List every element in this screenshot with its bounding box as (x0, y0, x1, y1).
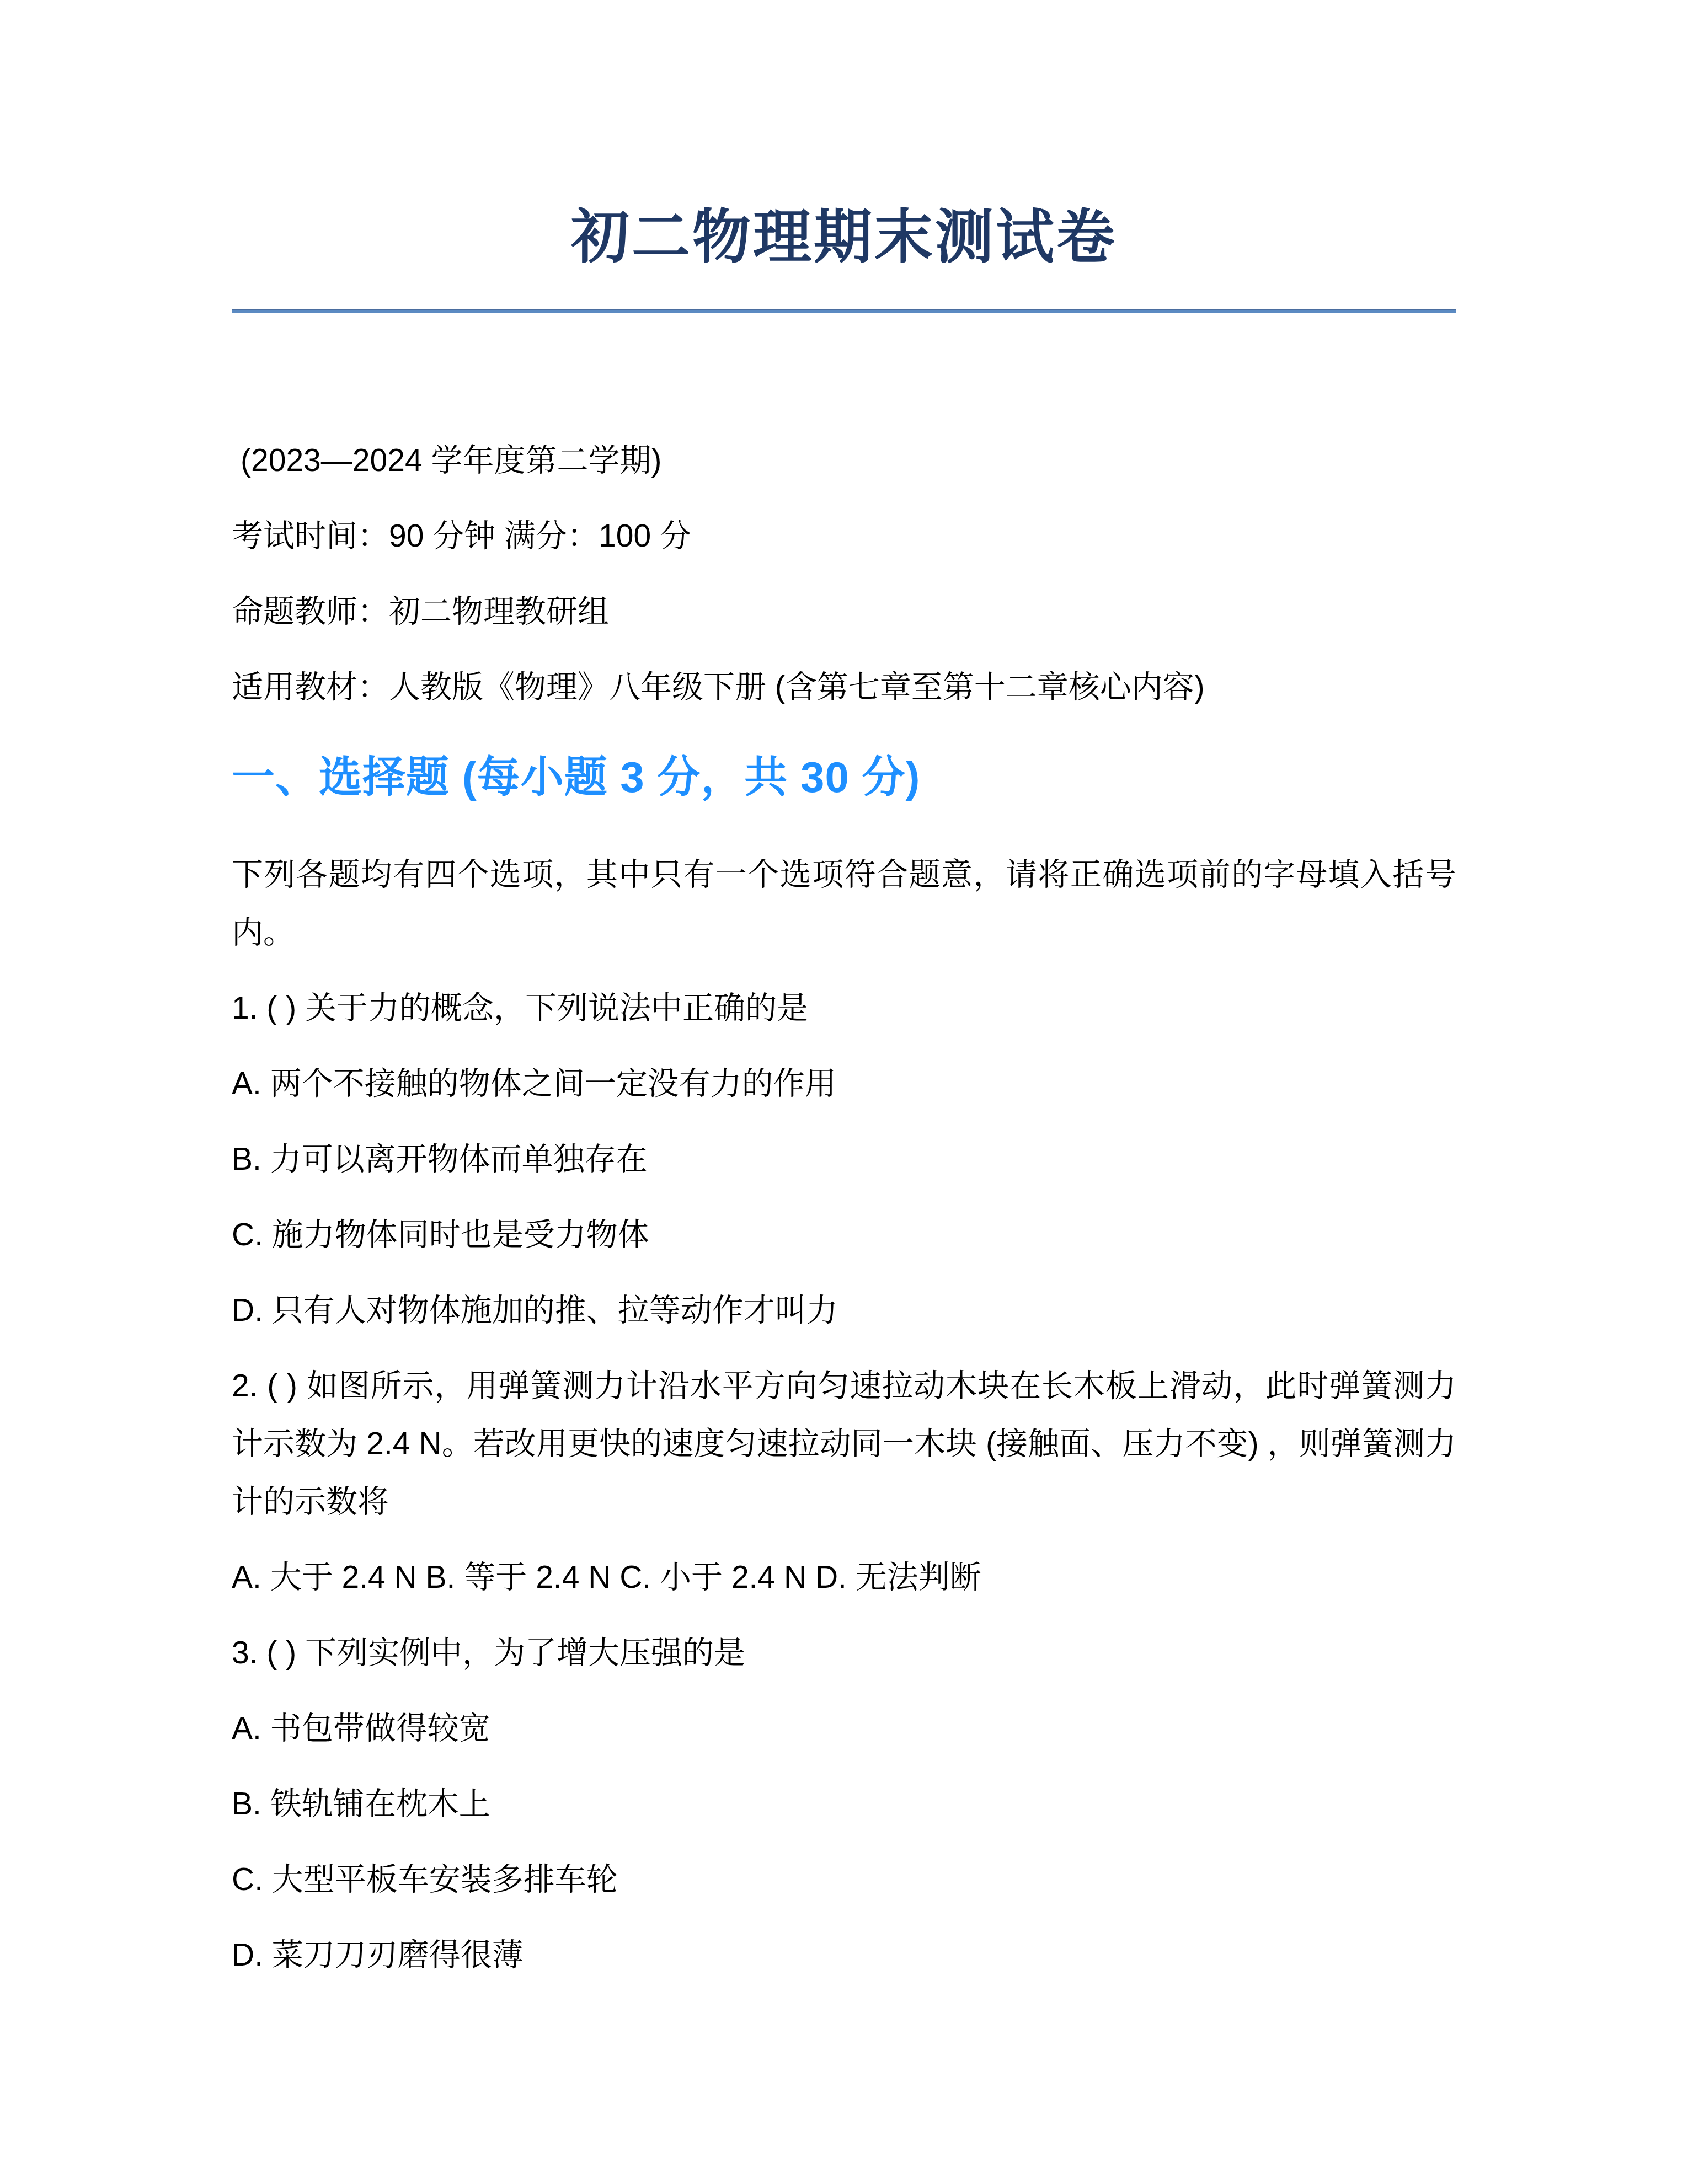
question-1-option-a: A. 两个不接触的物体之间一定没有力的作用 (232, 1055, 1456, 1113)
question-2: 2. ( ) 如图所示，用弹簧测力计沿水平方向匀速拉动木块在长木板上滑动，此时弹… (232, 1357, 1456, 1607)
document-page: 初二物理期末测试卷 (2023—2024 学年度第二学期) 考试时间：90 分钟… (0, 0, 1688, 2184)
semester-line: (2023—2024 学年度第二学期) (232, 432, 1456, 490)
question-2-stem: 2. ( ) 如图所示，用弹簧测力计沿水平方向匀速拉动木块在长木板上滑动，此时弹… (232, 1357, 1456, 1531)
question-1-option-d: D. 只有人对物体施加的推、拉等动作才叫力 (232, 1282, 1456, 1340)
question-3-option-c: C. 大型平板车安装多排车轮 (232, 1851, 1456, 1909)
question-3-option-b: B. 铁轨铺在枕木上 (232, 1775, 1456, 1833)
page-title: 初二物理期末测试卷 (232, 199, 1456, 276)
question-1: 1. ( ) 关于力的概念，下列说法中正确的是 A. 两个不接触的物体之间一定没… (232, 979, 1456, 1340)
question-3: 3. ( ) 下列实例中，为了增大压强的是 A. 书包带做得较宽 B. 铁轨铺在… (232, 1624, 1456, 1984)
textbook-line: 适用教材：人教版《物理》八年级下册 (含第七章至第十二章核心内容) (232, 659, 1456, 716)
document-header: 初二物理期末测试卷 (232, 199, 1456, 313)
question-3-option-d: D. 菜刀刀刃磨得很薄 (232, 1926, 1456, 1984)
multiple-choice-section: 一、选择题 (每小题 3 分，共 30 分) 下列各题均有四个选项，其中只有一个… (232, 744, 1456, 1984)
title-divider (232, 309, 1456, 313)
question-1-option-b: B. 力可以离开物体而单独存在 (232, 1131, 1456, 1189)
section-heading: 一、选择题 (每小题 3 分，共 30 分) (232, 744, 1456, 810)
exam-meta: (2023—2024 学年度第二学期) 考试时间：90 分钟 满分：100 分 … (232, 432, 1456, 716)
question-1-stem: 1. ( ) 关于力的概念，下列说法中正确的是 (232, 979, 1456, 1037)
section-instructions: 下列各题均有四个选项，其中只有一个选项符合题意，请将正确选项前的字母填入括号内。 (232, 846, 1456, 962)
question-2-options-line: A. 大于 2.4 N B. 等于 2.4 N C. 小于 2.4 N D. 无… (232, 1549, 1456, 1607)
exam-time-score-line: 考试时间：90 分钟 满分：100 分 (232, 507, 1456, 565)
question-1-option-c: C. 施力物体同时也是受力物体 (232, 1206, 1456, 1264)
question-3-option-a: A. 书包带做得较宽 (232, 1700, 1456, 1758)
question-3-stem: 3. ( ) 下列实例中，为了增大压强的是 (232, 1624, 1456, 1682)
exam-author-line: 命题教师：初二物理教研组 (232, 583, 1456, 641)
